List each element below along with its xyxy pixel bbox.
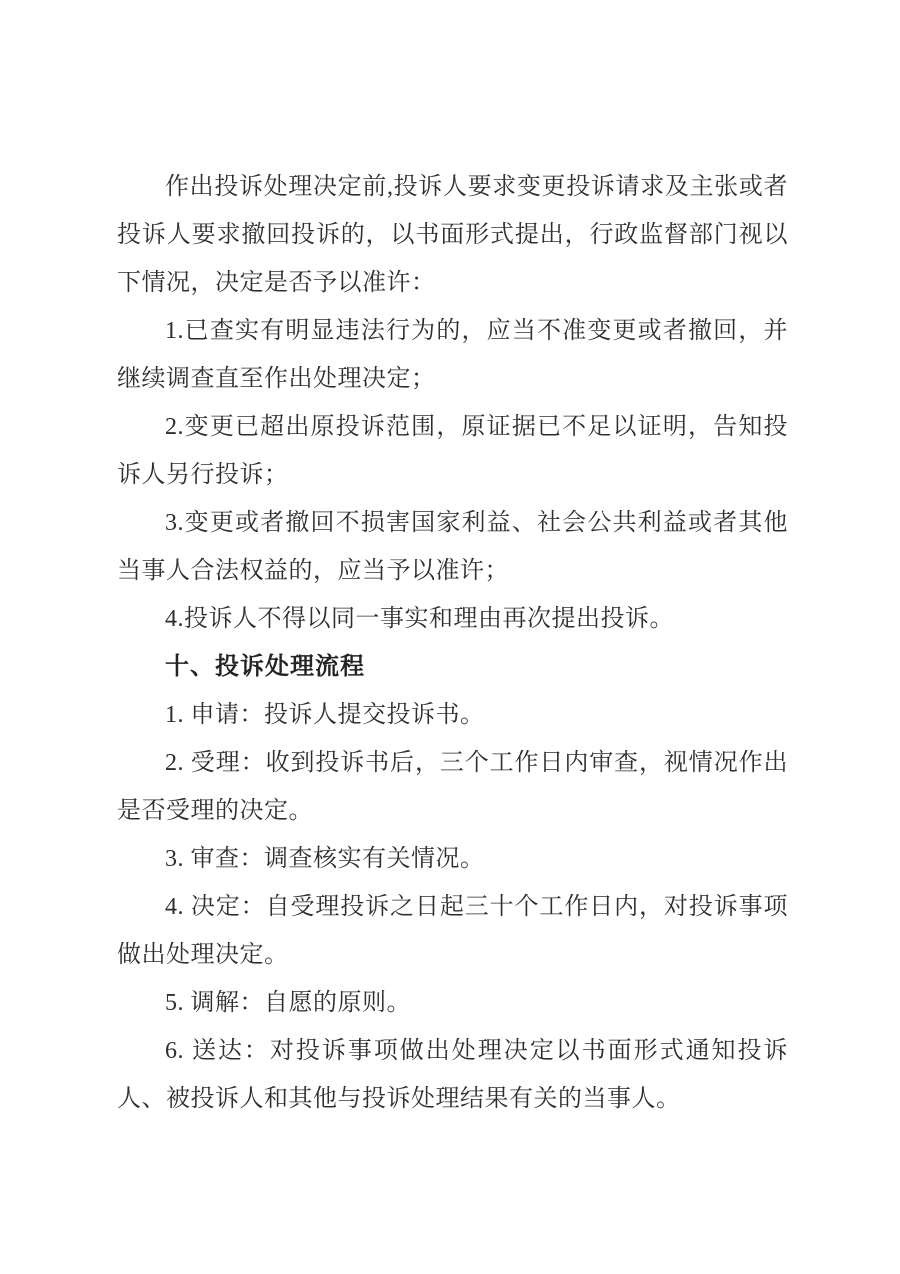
document-page: 作出投诉处理决定前,投诉人要求变更投诉请求及主张或者投诉人要求撤回投诉的，以书面… <box>0 0 900 1274</box>
section-heading-complaint-process: 十、投诉处理流程 <box>117 643 788 691</box>
process-step-5-mediation: 5. 调解：自愿的原则。 <box>117 979 788 1027</box>
process-step-3-review: 3. 审查：调查核实有关情况。 <box>117 835 788 883</box>
document-text-block: 作出投诉处理决定前,投诉人要求变更投诉请求及主张或者投诉人要求撤回投诉的，以书面… <box>117 163 788 1123</box>
process-step-2-acceptance: 2. 受理：收到投诉书后，三个工作日内审查，视情况作出是否受理的决定。 <box>117 739 788 835</box>
list-item-2: 2.变更已超出原投诉范围，原证据已不足以证明，告知投诉人另行投诉； <box>117 403 788 499</box>
process-step-6-delivery: 6. 送达：对投诉事项做出处理决定以书面形式通知投诉人、被投诉人和其他与投诉处理… <box>117 1027 788 1123</box>
list-item-4: 4.投诉人不得以同一事实和理由再次提出投诉。 <box>117 595 788 643</box>
list-item-3: 3.变更或者撤回不损害国家利益、社会公共利益或者其他当事人合法权益的，应当予以准… <box>117 499 788 595</box>
list-item-1: 1.已查实有明显违法行为的，应当不准变更或者撤回，并继续调查直至作出处理决定； <box>117 307 788 403</box>
process-step-1-application: 1. 申请：投诉人提交投诉书。 <box>117 691 788 739</box>
paragraph-intro: 作出投诉处理决定前,投诉人要求变更投诉请求及主张或者投诉人要求撤回投诉的，以书面… <box>117 163 788 307</box>
process-step-4-decision: 4. 决定：自受理投诉之日起三十个工作日内，对投诉事项做出处理决定。 <box>117 883 788 979</box>
